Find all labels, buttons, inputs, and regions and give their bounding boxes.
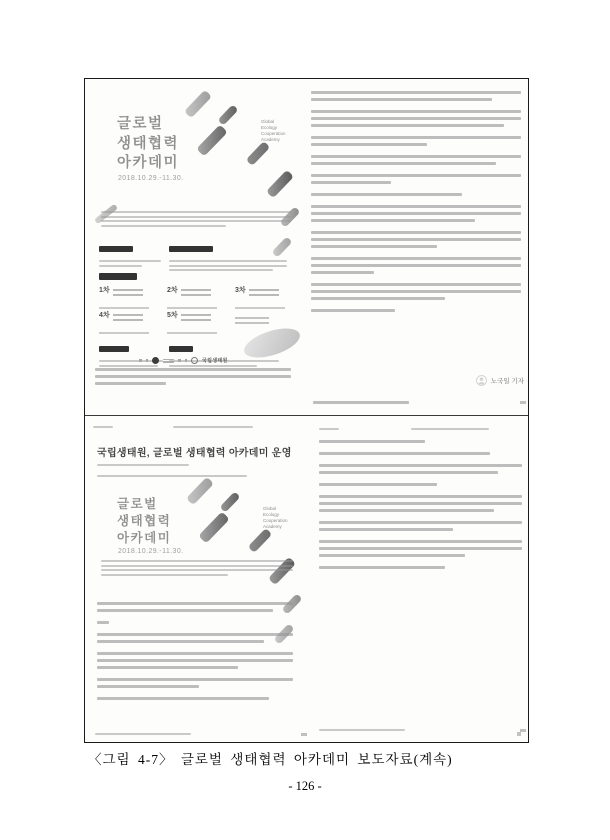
figure-4-7-box: 글로벌 생태협력 아카데미 2018.10.29.-11.30. Global … [84,78,529,743]
text-line-blurred [319,464,522,467]
poster-section-label-chip [99,246,133,253]
ssl [113,313,143,323]
text-line-blurred [311,98,492,101]
text-line-blurred [169,365,257,367]
text-line-blurred [319,452,490,455]
text-line-blurred [99,260,161,262]
paragraph-blurred [99,260,161,267]
text-line-blurred [101,565,293,567]
ssl [181,313,211,323]
paragraph-blurred [97,652,293,669]
text-line-blurred [411,428,489,430]
paragraph-blurred [319,452,522,455]
text-line-blurred [319,509,494,512]
article-headline: 국립생태원, 글로벌 생태협력 아카데미 운영 [97,444,292,459]
paragraph-blurred [311,205,521,222]
paragraph-blurred [97,678,293,688]
text-line-blurred [173,426,253,428]
lead-paragraph-blurred [95,368,291,394]
text-line-blurred [97,621,109,624]
text-line-blurred [319,483,437,486]
poster-title: 글로벌 생태협력 아카데미 [117,115,179,174]
text-line-blurred [311,155,521,158]
ssl [249,288,279,298]
text-line-blurred [311,219,475,222]
shape [198,511,230,543]
div: Academy [261,137,286,143]
i [249,294,279,296]
paragraph-blurred [319,495,522,512]
text-line-blurred [97,602,293,605]
page-header-title-blurred [411,428,489,435]
text-line-blurred [93,426,113,428]
paragraph-blurred [97,621,293,624]
reporter-name: 노국일 기자 [491,376,524,385]
text-line-blurred [311,110,521,113]
poster-abstract-shape [184,90,212,119]
text-line-blurred [95,375,291,378]
poster-abstract-shape [196,124,228,156]
ministry-logo-icon [152,357,159,364]
scan-page-number-blurred [301,733,307,736]
text-line-blurred [311,271,374,274]
poster-abstract-shape [217,104,238,125]
poster-section-label-chip [99,346,129,353]
paragraph-blurred [95,368,291,385]
poster-apply-block [99,339,163,372]
text-line-blurred [311,290,521,293]
paragraph-blurred [97,475,247,477]
paragraph-blurred [311,231,521,248]
paragraph-blurred [311,155,521,165]
snum: 1차 [99,285,110,295]
text-line-blurred [319,547,522,550]
text-line-blurred [169,260,287,262]
paragraph-blurred [311,309,521,312]
ssb [235,307,285,309]
text-line-blurred [311,309,395,312]
figure-caption: 〈그림 4-7〉 글로벌 생태협력 아카데미 보도자료(계속) [88,748,453,768]
text-line-blurred [169,265,287,267]
page-number: - 126 - [0,779,610,794]
i [113,314,143,316]
text-line-blurred [169,269,273,271]
paragraph-blurred [169,260,287,271]
text-line-blurred [95,382,166,385]
text-line-blurred [101,220,291,222]
text-line-blurred [97,659,293,662]
poster-section-label-chip [169,246,213,253]
text-line-blurred [311,143,427,146]
footer-url-blurred [319,729,405,736]
text-line-blurred [99,265,142,267]
text-line-blurred [101,225,226,227]
session-1: 1차 [99,285,163,309]
paragraph-blurred [319,729,405,731]
ssb [99,332,149,334]
reporter-avatar-icon [476,375,487,386]
paragraph-blurred [311,257,521,274]
poster-info-text-blurred [169,260,287,271]
text-line-blurred [311,257,521,260]
i [113,294,143,296]
i [181,314,211,316]
snum: 5차 [167,310,178,320]
paragraph-blurred [101,211,291,227]
paragraph-blurred [319,440,522,443]
text-line-blurred [319,521,522,524]
text-line-blurred [319,495,522,498]
text-line-blurred [311,212,521,215]
text-line-blurred [311,174,521,177]
session-3: 3차 [235,285,299,309]
paragraph-blurred [311,283,521,300]
ssl [181,288,211,298]
text-line-blurred [311,91,521,94]
text-line-blurred [97,464,189,466]
i [181,319,211,321]
text-line-blurred [319,729,405,731]
scan-artifact-dot [517,732,521,736]
paragraph-blurred [97,633,293,643]
snum: 3차 [235,285,246,295]
poster-info-block [169,239,287,276]
page-header-date-blurred [93,426,113,433]
poster-section-label-chip [169,346,193,353]
i [181,289,211,291]
scan-bottom-right-text-page [311,416,528,742]
paragraph-blurred [319,540,522,557]
page-header-title-blurred [173,426,253,433]
session-2: 2차 [167,285,231,309]
ssb [99,307,149,309]
text-line-blurred [95,733,191,735]
text-line-blurred [319,566,445,569]
poster-abstract-shape [246,141,271,166]
i [163,361,174,363]
ldot [178,359,181,362]
text-line-blurred [97,666,238,669]
paragraph-blurred [101,560,293,576]
paragraph-blurred [97,602,293,612]
footer-url-blurred [95,733,191,740]
poster-info-text-blurred [99,260,161,267]
ldot [139,359,142,362]
page-header-date-blurred [319,428,339,435]
text-line-blurred [311,124,504,127]
reporter-byline: 노국일 기자 [476,375,524,386]
paragraph-blurred [313,401,409,404]
div: Academy [263,524,288,530]
text-line-blurred [311,136,521,139]
poster-date: 2018.10.29.-11.30. [118,175,183,182]
text-line-blurred [101,560,293,562]
poster-info-block [99,239,161,272]
i [113,289,143,291]
paragraph-blurred [311,91,521,101]
paragraph-blurred [97,697,293,700]
scan-top-right-text-page: 노국일 기자 [311,79,528,415]
text-line-blurred [97,678,293,681]
session-5: 5차 [167,310,231,334]
shape [186,477,214,506]
poster-english-subtitle: Global Ecology Cooperation Academy [261,119,286,143]
text-line-blurred [101,216,291,218]
text-line-blurred [97,633,293,636]
text-line-blurred [311,238,521,241]
text-line-blurred [97,475,247,477]
scan-top-left-poster-page: 글로벌 생태협력 아카데미 2018.10.29.-11.30. Global … [85,79,301,415]
text-line-blurred [99,365,158,367]
text-line-blurred [319,540,522,543]
text-line-blurred [311,231,521,234]
press-release-poster: 글로벌 생태협력 아카데미 2018.10.29.-11.30. Global … [95,93,295,379]
paragraph-blurred [319,428,339,430]
ssb [167,332,217,334]
footer-url-blurred [313,401,409,413]
text-line-blurred [101,211,291,213]
poster-date: 2018.10.29.-11.30. [118,548,183,555]
poster-intro-text-blurred [101,211,291,232]
text-line-blurred [319,440,425,443]
article-body-blurred [319,440,522,578]
text-line-blurred [311,264,521,267]
paragraph-blurred [97,464,189,466]
text-line-blurred [311,181,391,184]
poster-abstract-shape [266,170,294,199]
paragraph-blurred [173,426,253,428]
i [235,322,269,324]
poster-title: 글로벌 생태협력 아카데미 [117,496,171,547]
paragraph-blurred [311,174,521,184]
text-line-blurred [319,528,453,531]
text-line-blurred [97,697,269,700]
text-line-blurred [311,283,521,286]
div: 생태협력 [117,513,171,530]
snum: 2차 [167,285,178,295]
paragraph-blurred [311,110,521,127]
paragraph-blurred [319,566,522,569]
ldot [146,359,149,362]
text-line-blurred [319,554,465,557]
text-line-blurred [101,569,293,571]
paragraph-blurred [319,464,522,474]
text-line-blurred [311,245,437,248]
paragraph-blurred [319,483,522,486]
ssl [113,288,143,298]
paragraph-blurred [311,193,521,196]
shape [219,491,240,512]
byline-blurred [97,464,189,471]
poster-title-line: 아카데미 [117,154,179,174]
institute-logo-icon [191,357,198,364]
i [235,317,269,319]
text-line-blurred [311,297,445,300]
i [113,319,143,321]
ssb [167,307,217,309]
ldot [185,359,188,362]
session-extra-note-blurred [235,317,269,326]
text-line-blurred [313,401,409,404]
organizer-logos: 국립생태원 [139,357,228,364]
text-line-blurred [319,471,498,474]
poster-schedule-label-chip [99,273,137,280]
llines [163,358,174,364]
text-line-blurred [97,685,199,688]
text-line-blurred [311,205,521,208]
shape [248,528,273,553]
text-line-blurred [311,162,496,165]
text-line-blurred [95,368,291,371]
scan-page-number-blurred [520,401,526,404]
i [163,359,174,361]
text-line-blurred [311,117,521,120]
article-body-blurred [97,602,293,709]
text-line-blurred [311,193,462,196]
paragraph-blurred [311,136,521,146]
poster-title-line: 생태협력 [117,135,179,155]
path [478,382,485,384]
text-line-blurred [97,640,264,643]
div: 아카데미 [117,530,171,547]
circle [480,377,484,381]
paragraph-blurred [411,428,489,430]
text-line-blurred [319,502,522,505]
scan-bottom-left-article-page: 국립생태원, 글로벌 생태협력 아카데미 운영 글로벌 생태협력 아카데미 20… [85,416,311,742]
i [181,294,211,296]
snum: 4차 [99,310,110,320]
div: 글로벌 [117,496,171,513]
text-line-blurred [97,609,273,612]
paragraph-blurred [95,733,191,735]
paragraph-blurred [93,426,113,428]
text-line-blurred [319,428,339,430]
session-4: 4차 [99,310,163,334]
poster-intro-text-blurred [101,560,293,581]
paragraph-blurred [319,521,522,531]
i [249,289,279,291]
article-body-blurred [311,91,521,321]
poster-title-line: 글로벌 [117,115,179,135]
text-line-blurred [97,652,293,655]
poster-english-subtitle: Global Ecology Cooperation Academy [263,506,288,530]
text-line-blurred [101,574,228,576]
institute-logo-label: 국립생태원 [202,357,228,364]
